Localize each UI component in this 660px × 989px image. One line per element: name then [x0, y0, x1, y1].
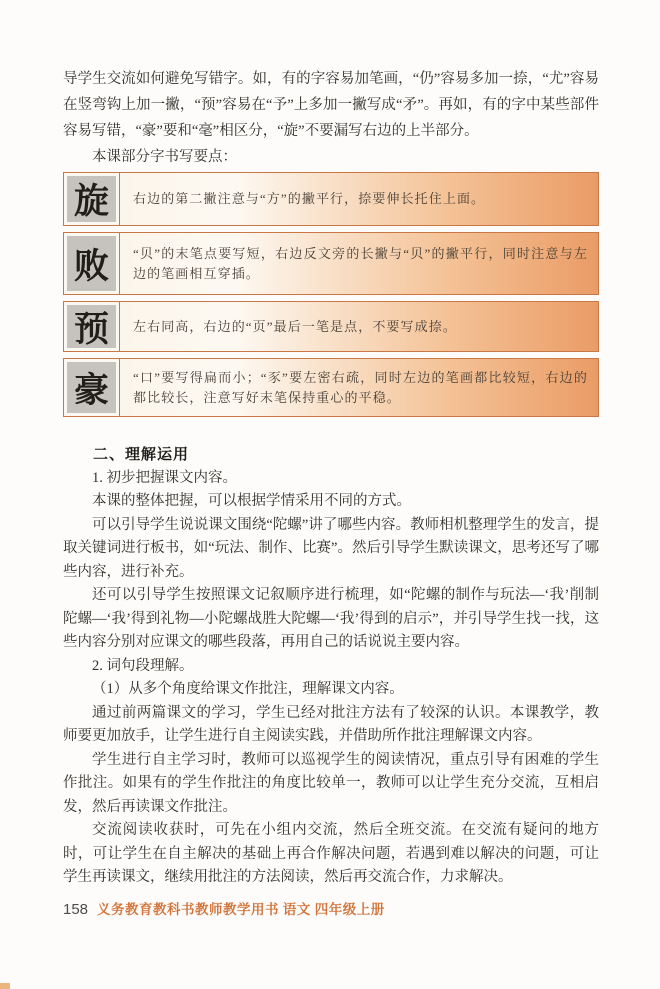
tip-text: 左右同高，右边的“页”最后一笔是点，不要写成捺。 — [133, 317, 457, 337]
tip-row: 豪 “口”要写得扁而小；“豕”要左密右疏，同时左边的笔画都比较短，右边的都比较长… — [63, 358, 599, 417]
tip-text: “口”要写得扁而小；“豕”要左密右疏，同时左边的笔画都比较短，右边的都比较长，注… — [133, 368, 588, 408]
page-content: 导学生交流如何避免写错字。如，有的字容易加笔画，“仍”容易多加一捺，“尤”容易在… — [63, 66, 599, 890]
page-number: 158 — [63, 901, 88, 918]
paragraph: 可以引导学生说说课文围绕“陀螺”讲了哪些内容。教师相机整理学生的发言，提取关键词… — [63, 514, 599, 585]
paragraph: 导学生交流如何避免写错字。如，有的字容易加笔画，“仍”容易多加一捺，“尤”容易在… — [63, 66, 599, 144]
section-heading: 二、理解运用 — [63, 443, 599, 467]
tip-row: 预 左右同高，右边的“页”最后一笔是点，不要写成捺。 — [63, 301, 599, 352]
character-glyph: 预 — [67, 305, 116, 348]
character-glyph: 豪 — [67, 362, 116, 413]
tip-text: “贝”的末笔点要写短，右边反文旁的长撇与“贝”的撇平行，同时注意与左边的笔画相互… — [133, 244, 588, 284]
paragraph: 通过前两篇课文的学习，学生已经对批注方法有了较深的认识。本课教学，教师要更加放手… — [63, 702, 599, 749]
tip-cell: “贝”的末笔点要写短，右边反文旁的长撇与“贝”的撇平行，同时注意与左边的笔画相互… — [120, 233, 598, 294]
page-footer: 158 义务教育教科书教师教学用书 语文 四年级上册 — [63, 898, 385, 918]
paragraph: 还可以引导学生按照课文记叙顺序进行梳理，如“陀螺的制作与玩法—‘我’削制陀螺—‘… — [63, 584, 599, 655]
character-glyph: 败 — [67, 236, 116, 291]
tip-cell: 右边的第二撇注意与“方”的撇平行，捺要伸长托住上面。 — [120, 173, 598, 225]
book-page: 导学生交流如何避免写错字。如，有的字容易加笔画，“仍”容易多加一捺，“尤”容易在… — [0, 0, 660, 989]
character-cell: 旋 — [64, 173, 120, 225]
tip-cell: “口”要写得扁而小；“豕”要左密右疏，同时左边的笔画都比较短，右边的都比较长，注… — [120, 359, 598, 416]
tip-row: 败 “贝”的末笔点要写短，右边反文旁的长撇与“贝”的撇平行，同时注意与左边的笔画… — [63, 232, 599, 295]
writing-tips-table: 旋 右边的第二撇注意与“方”的撇平行，捺要伸长托住上面。 败 “贝”的末笔点要写… — [63, 172, 599, 417]
character-cell: 预 — [64, 302, 120, 351]
book-title: 义务教育教科书教师教学用书 语文 四年级上册 — [97, 898, 385, 918]
paragraph: 2. 词句段理解。 — [63, 655, 599, 679]
paragraph: 本课的整体把握，可以根据学情采用不同的方式。 — [63, 490, 599, 514]
paragraph: （1）从多个角度给课文作批注，理解课文内容。 — [63, 678, 599, 702]
character-cell: 败 — [64, 233, 120, 294]
paragraph: 学生进行自主学习时，教师可以巡视学生的阅读情况，重点引导有困难的学生作批注。如果… — [63, 749, 599, 820]
paragraph: 本课部分字书写要点： — [63, 144, 599, 170]
tip-text: 右边的第二撇注意与“方”的撇平行，捺要伸长托住上面。 — [133, 189, 485, 209]
tip-row: 旋 右边的第二撇注意与“方”的撇平行，捺要伸长托住上面。 — [63, 172, 599, 226]
paragraph: 交流阅读收获时，可先在小组内交流，然后全班交流。在交流有疑问的地方时，可让学生在… — [63, 819, 599, 890]
page-edge-mark — [0, 983, 10, 989]
character-cell: 豪 — [64, 359, 120, 416]
tip-cell: 左右同高，右边的“页”最后一笔是点，不要写成捺。 — [120, 302, 598, 351]
paragraph: 1. 初步把握课文内容。 — [63, 467, 599, 491]
character-glyph: 旋 — [67, 176, 116, 222]
